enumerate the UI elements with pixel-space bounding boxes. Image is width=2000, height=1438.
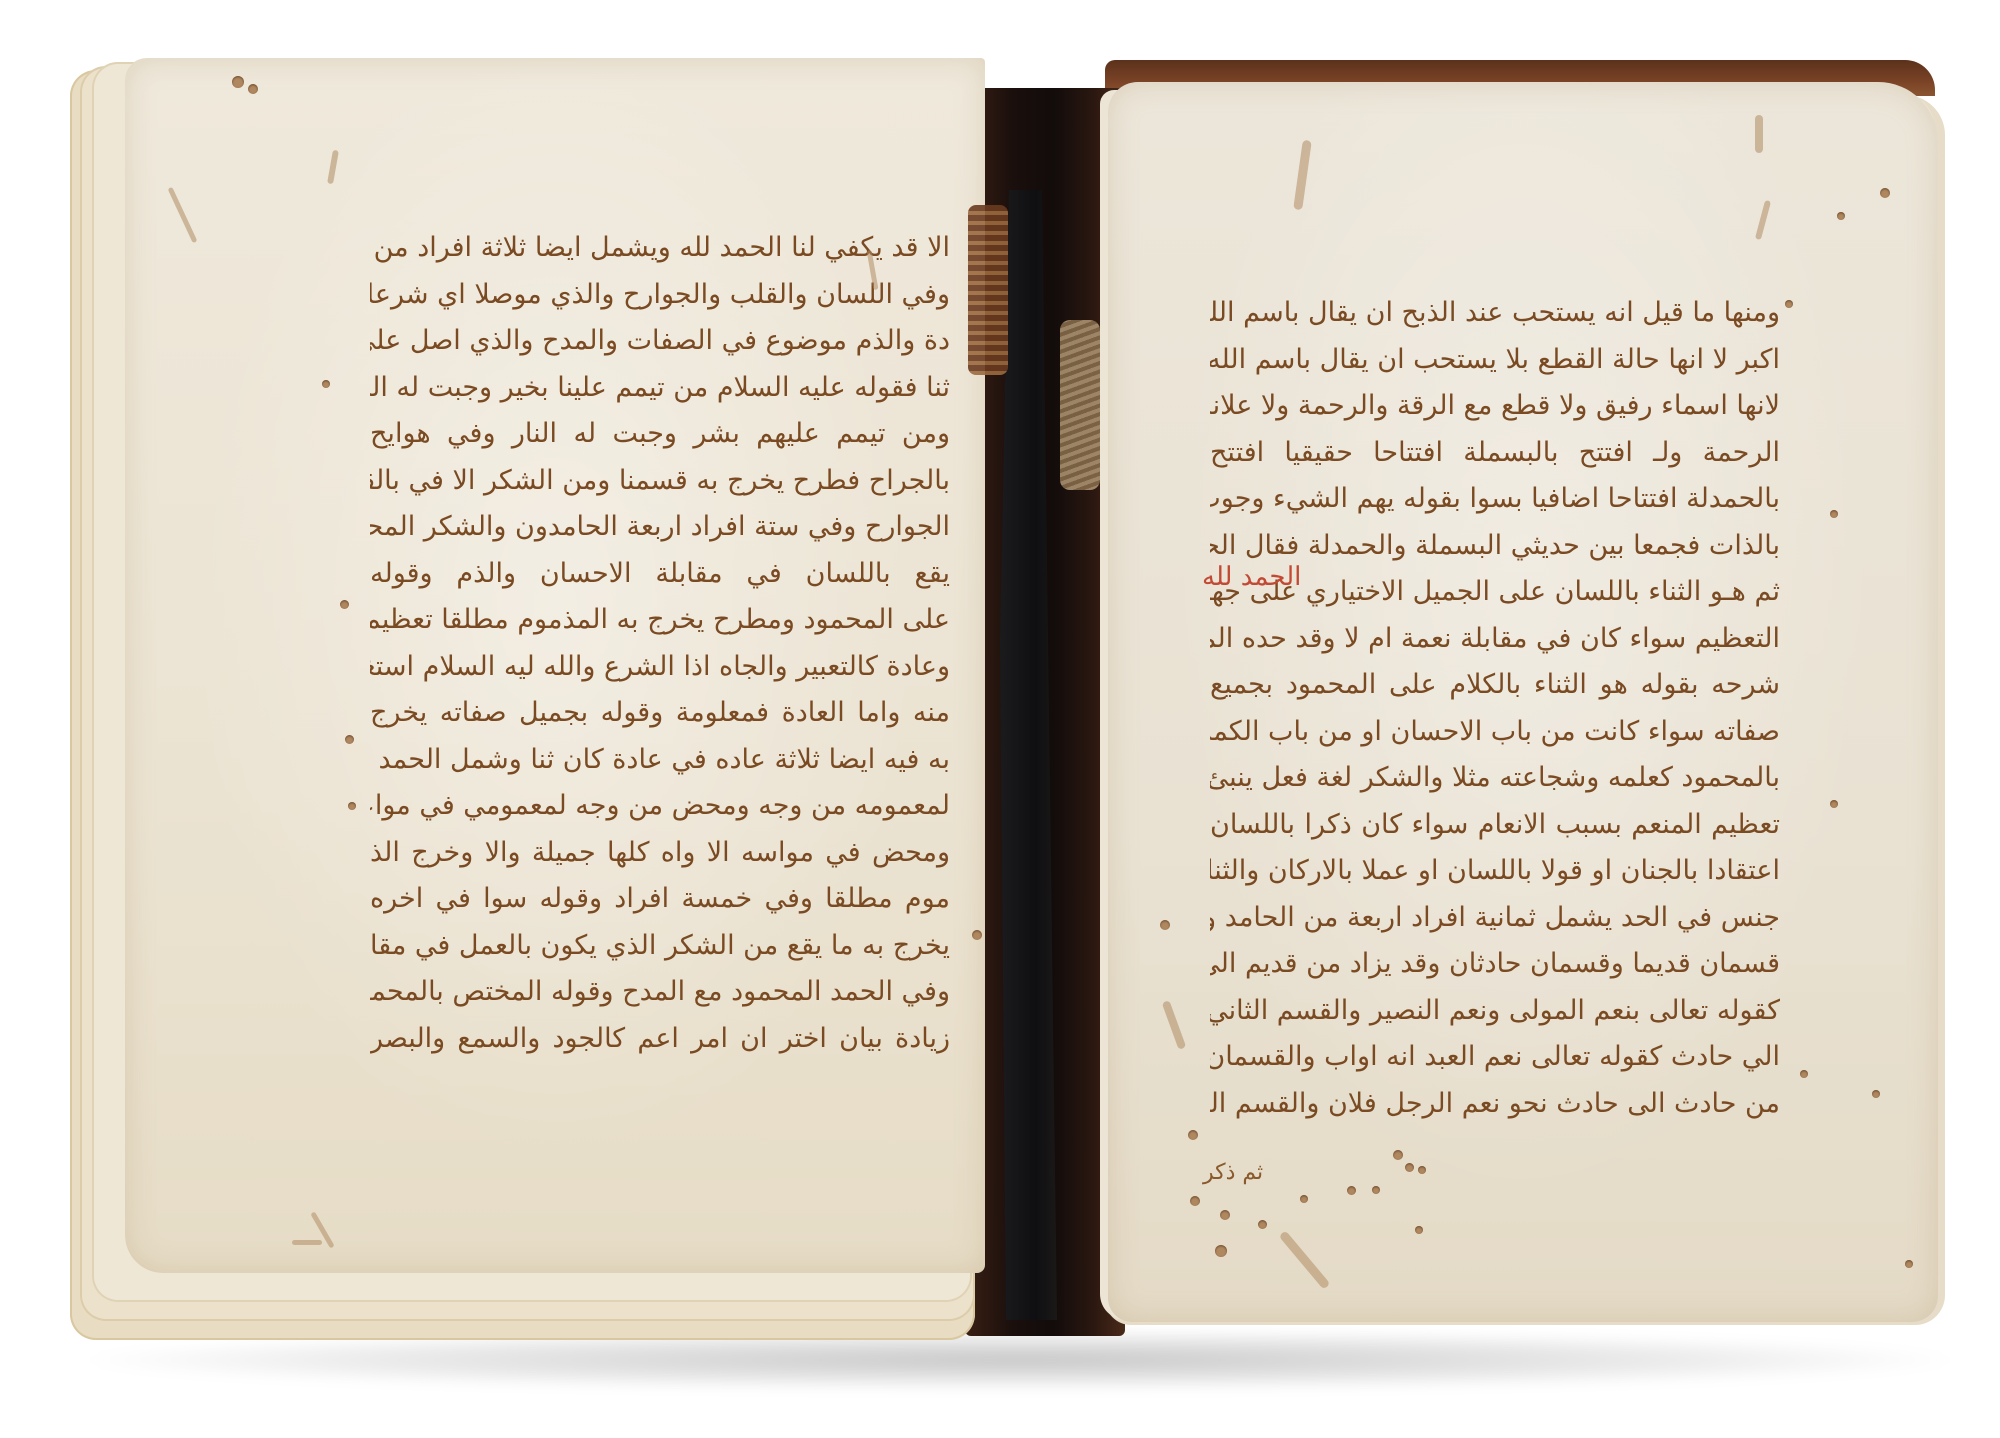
text-line: زيادة بيان اختر ان امر اعم كالجود والسمع… <box>370 1016 950 1063</box>
text-line: تعظيم المنعم بسبب الانعام سواء كان ذكرا … <box>1210 802 1780 849</box>
text-line: منه واما العادة فمعلومة وقوله بجميل صفات… <box>370 690 950 737</box>
text-line: وفي اللسان والقلب والجوارح والذي موصلا ا… <box>370 272 950 319</box>
text-line: ومحض في مواسه الا واه كلها جميلة والا وخ… <box>370 830 950 877</box>
rubric-heading: الحمد لله <box>1202 562 1301 592</box>
text-line: التعظيم سواء كان في مقابلة نعمة ام لا وق… <box>1210 616 1780 663</box>
text-line: اكبر لا انها حالة القطع بلا يستحب ان يقا… <box>1210 337 1780 384</box>
text-line: على المحمود ومطرح يخرج به المذموم مطلقا … <box>370 597 950 644</box>
catchword: ثم ذكر <box>1203 1160 1263 1185</box>
text-line: من حادث الى حادث نحو نعم الرجل فلان والق… <box>1210 1081 1780 1128</box>
text-line: وعادة كالتعبير والجاه اذا الشرع والله لي… <box>370 644 950 691</box>
text-line: بالجراح فطرح يخرج به قسمنا ومن الشكر الا… <box>370 458 950 505</box>
text-line: بالمحمود كعلمه وشجاعته مثلا والشكر لغة ف… <box>1210 755 1780 802</box>
text-line: يقع باللسان في مقابلة الاحسان والذم وقول… <box>370 551 950 598</box>
binding-thread <box>968 205 1008 375</box>
text-line: ومنها ما قيل انه يستحب عند الذبح ان يقال… <box>1210 290 1780 337</box>
text-line: الي حادث كقوله تعالى نعم العبد انه اواب … <box>1210 1034 1780 1081</box>
text-line: جنس في الحد يشمل ثمانية افراد اربعة من ا… <box>1210 895 1780 942</box>
manuscript-photo: الا قد يكفي لنا الحمد لله ويشمل ايضا ثلا… <box>0 0 2000 1438</box>
left-page-text: الا قد يكفي لنا الحمد لله ويشمل ايضا ثلا… <box>370 225 950 1062</box>
text-line: شرحه بقوله هو الثناء بالكلام على المحمود… <box>1210 662 1780 709</box>
text-line: الرحمة ولـ افتتح بالبسملة افتتاحا حقيقيا… <box>1210 430 1780 477</box>
text-line: يخرج به ما يقع من الشكر الذي يكون بالعمل… <box>370 923 950 970</box>
text-line: بالحمدلة افتتاحا اضافيا بسوا بقوله يهم ا… <box>1210 476 1780 523</box>
binding-thread <box>1060 320 1100 490</box>
right-page-text: ومنها ما قيل انه يستحب عند الذبح ان يقال… <box>1210 290 1780 1127</box>
text-line: الجوارح وفي ستة افراد اربعة الحامدون وال… <box>370 504 950 551</box>
text-line: اعتقادا بالجنان او قولا باللسان او عملا … <box>1210 848 1780 895</box>
text-line: ثنا فقوله عليه السلام من تيمم علينا بخير… <box>370 365 950 412</box>
text-line: الا قد يكفي لنا الحمد لله ويشمل ايضا ثلا… <box>370 225 950 272</box>
text-line: قسمان قديما وقسمان حادثان وقد يزاد من قد… <box>1210 941 1780 988</box>
text-line: صفاته سواء كانت من باب الاحسان او من باب… <box>1210 709 1780 756</box>
text-line: ومن تيمم عليهم بشر وجبت له النار وفي هوا… <box>370 411 950 458</box>
text-line: به فيه ايضا ثلاثة عاده في عادة كان ثنا و… <box>370 737 950 784</box>
text-line: دة والذم موضوع في الصفات والمدح والذي اص… <box>370 318 950 365</box>
text-line: وفي الحمد المحمود مع المدح وقوله المختص … <box>370 969 950 1016</box>
text-line: لمعمومه من وجه ومحض من وجه لمعمومي في مو… <box>370 783 950 830</box>
text-line: لانها اسماء رفيق ولا قطع مع الرقة والرحم… <box>1210 383 1780 430</box>
text-line: كقوله تعالى بنعم المولى ونعم النصير والق… <box>1210 988 1780 1035</box>
text-line: موم مطلقا وفي خمسة افراد وقوله سوا في اخ… <box>370 876 950 923</box>
